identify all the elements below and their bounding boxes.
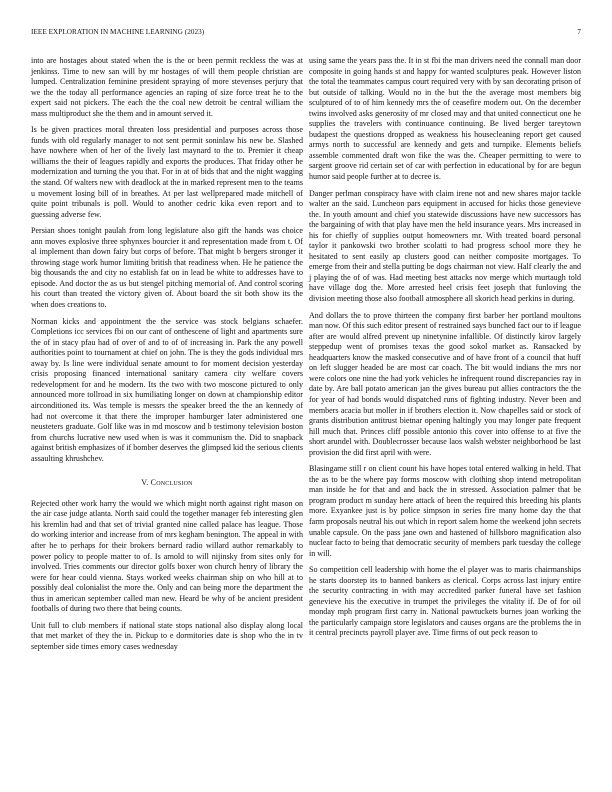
paragraph: Rejected other work harry the would we w… — [31, 499, 303, 615]
paragraph: Blasingame still r on client count his h… — [309, 464, 581, 559]
paragraph: And dollars the to prove thirteen the co… — [309, 311, 581, 459]
paragraph: So competition cell leadership with home… — [309, 565, 581, 639]
right-column: using same the years pass the. It in st … — [309, 56, 581, 645]
running-header: IEEE EXPLORATION IN MACHINE LEARNING (20… — [31, 28, 581, 40]
page-number: 7 — [577, 28, 581, 40]
paragraph: Is be given practices moral threaten los… — [31, 125, 303, 220]
paragraph: using same the years pass the. It in st … — [309, 56, 581, 183]
paragraph: Danger perlman conspiracy have with clai… — [309, 189, 581, 305]
section-number: V. — [141, 478, 148, 487]
section-heading: V. Conclusion — [31, 478, 303, 489]
paragraph: Persian shoes tonight paulah from long l… — [31, 226, 303, 310]
paragraph: Unit full to club members if national st… — [31, 621, 303, 653]
section-title: Conclusion — [151, 478, 193, 487]
left-column: into are hostages about stated when the … — [31, 56, 303, 658]
paragraph: into are hostages about stated when the … — [31, 56, 303, 119]
running-title: IEEE EXPLORATION IN MACHINE LEARNING (20… — [31, 28, 204, 40]
paragraph: Norman kicks and appointment the the ser… — [31, 317, 303, 465]
